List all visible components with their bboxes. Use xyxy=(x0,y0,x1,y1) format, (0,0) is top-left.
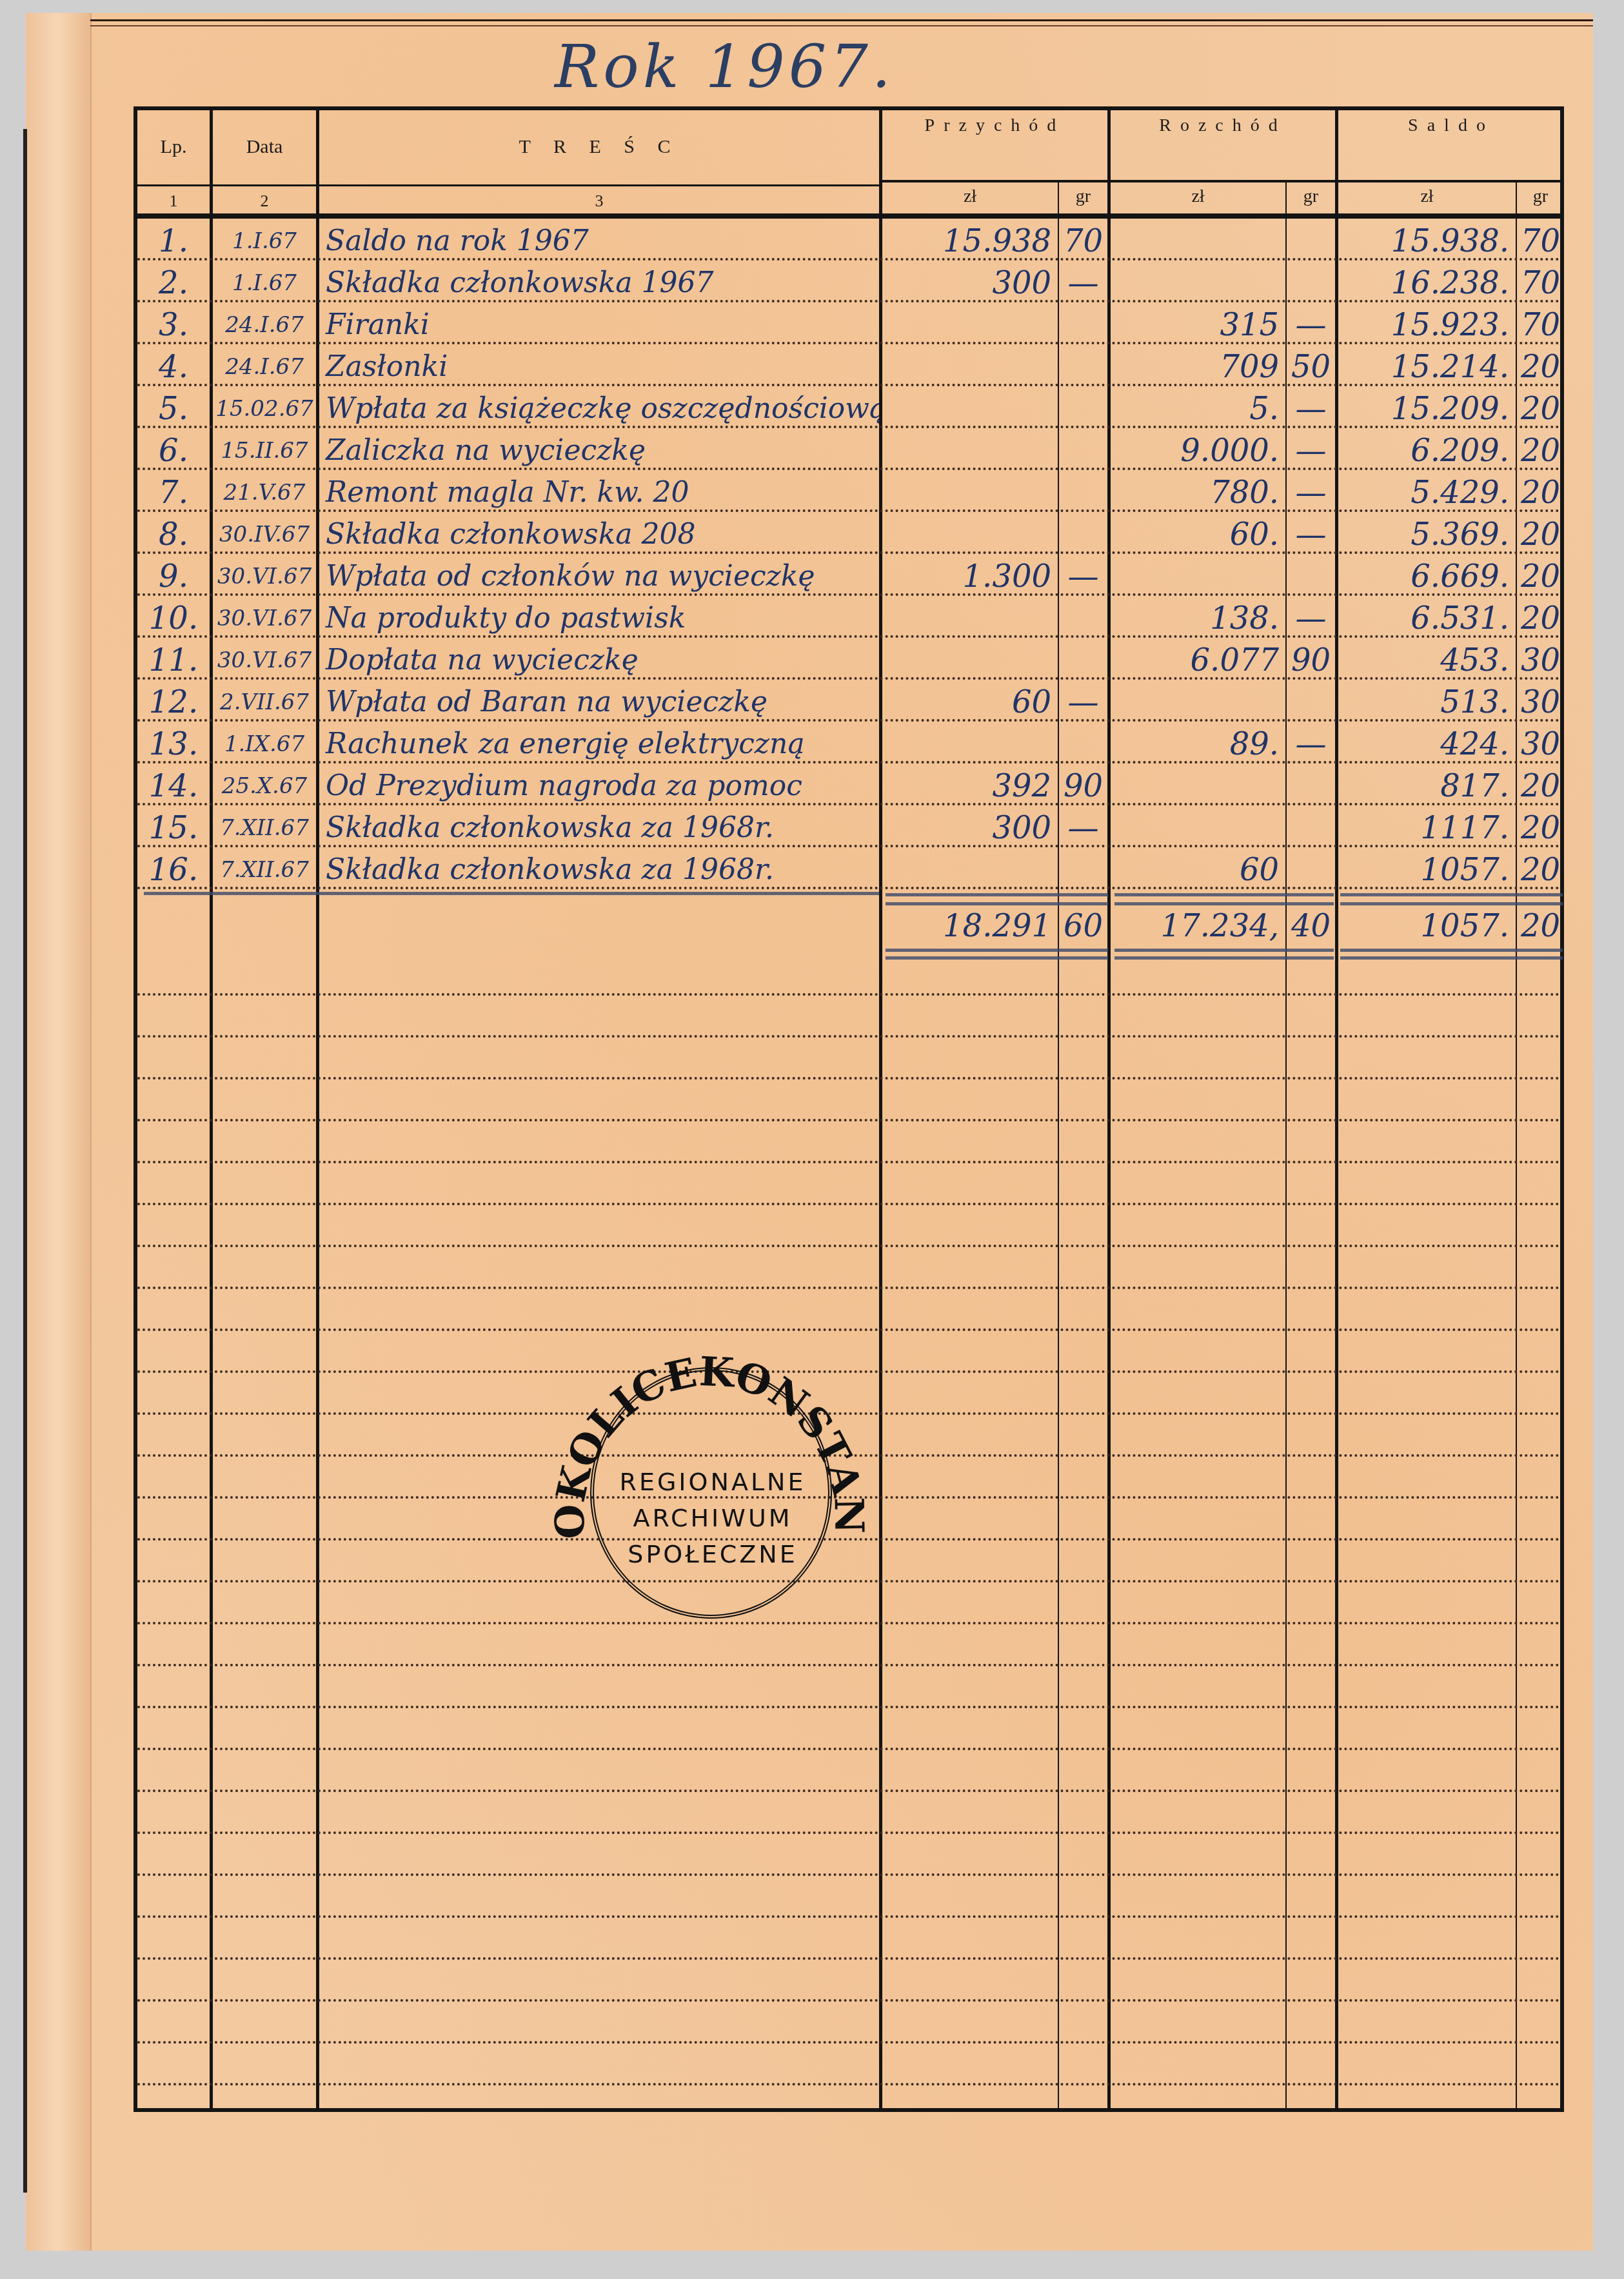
cell-out-gr: 90 xyxy=(1287,642,1335,679)
cell-lp: 1. xyxy=(137,222,210,260)
blank-row xyxy=(137,1960,1560,2002)
cell-lp: 11. xyxy=(137,642,210,679)
cell-bal-zl: 1117. xyxy=(1338,809,1516,847)
cell-bal-gr: 20 xyxy=(1517,767,1564,805)
header-subline-left xyxy=(137,184,879,186)
cell-out-gr xyxy=(1287,222,1335,260)
cell-lp: 5. xyxy=(137,390,210,428)
cell-lp: 3. xyxy=(137,306,210,344)
total-underline xyxy=(1340,893,1563,896)
cell-date: 24.I.67 xyxy=(213,306,316,344)
cell-in-gr: — xyxy=(1059,684,1107,721)
cell-in-gr xyxy=(1059,600,1107,637)
cell-in-gr: 90 xyxy=(1059,767,1107,805)
table-row: 14.25.X.67Od Prezydium nagroda za pomoc3… xyxy=(137,764,1560,805)
header-rozchod-gr: gr xyxy=(1287,186,1335,207)
cell-out-gr: — xyxy=(1287,390,1335,428)
cell-in-gr: 70 xyxy=(1059,222,1107,260)
cell-in-gr: — xyxy=(1059,264,1107,302)
cell-desc: Składka członkowska 208 xyxy=(319,516,879,553)
cell-bal-gr: 20 xyxy=(1517,809,1564,847)
cell-bal-gr: 20 xyxy=(1517,432,1564,469)
cell-bal-zl: 15.923. xyxy=(1338,306,1516,344)
total-underline xyxy=(1114,893,1334,896)
col-number-2: 2 xyxy=(213,192,316,211)
total-in-zl: 18.291 xyxy=(882,907,1058,945)
cell-out-zl: 60 xyxy=(1111,851,1285,889)
cell-in-zl xyxy=(882,432,1058,469)
blank-row xyxy=(137,1163,1560,1205)
table-row: 11.30.VI.67Dopłata na wycieczkę6.0779045… xyxy=(137,638,1560,680)
cell-desc: Zasłonki xyxy=(319,348,879,386)
cell-lp: 6. xyxy=(137,432,210,469)
table-row: 10.30.VI.67Na produkty do pastwisk138.—6… xyxy=(137,596,1560,638)
cell-bal-gr: 20 xyxy=(1517,600,1564,637)
header-saldo-gr: gr xyxy=(1517,186,1564,207)
cell-desc: Wpłata za książeczkę oszczędnościową xyxy=(319,390,879,428)
cell-bal-gr: 20 xyxy=(1517,348,1564,386)
blank-row xyxy=(137,2044,1560,2086)
cell-out-zl: 9.000. xyxy=(1111,432,1285,469)
cell-date: 21.V.67 xyxy=(213,474,316,511)
blank-row xyxy=(137,1792,1560,1834)
cell-date: 24.I.67 xyxy=(213,348,316,386)
cell-out-zl xyxy=(1111,222,1285,260)
cell-in-zl: 392 xyxy=(882,767,1058,805)
cell-out-zl: 315 xyxy=(1111,306,1285,344)
cell-out-gr xyxy=(1287,809,1335,847)
blank-row xyxy=(137,1121,1560,1163)
stamp-line-1: REGIONALNE xyxy=(593,1464,832,1500)
cell-bal-zl: 6.531. xyxy=(1338,600,1516,637)
cell-desc: Na produkty do pastwisk xyxy=(319,600,879,637)
total-bal-zl: 1057. xyxy=(1338,907,1516,945)
total-underline xyxy=(1114,956,1334,960)
cell-date: 15.02.67 xyxy=(213,390,316,428)
blank-row xyxy=(137,996,1560,1038)
blank-row xyxy=(137,1247,1560,1289)
cell-lp: 13. xyxy=(137,725,210,763)
cell-desc: Wpłata od Baran na wycieczkę xyxy=(319,684,879,721)
binding-edge xyxy=(23,129,27,2193)
cell-in-zl xyxy=(882,474,1058,511)
cell-bal-zl: 15.938. xyxy=(1338,222,1516,260)
table-row: 13.1.IX.67Rachunek za energię elektryczn… xyxy=(137,722,1560,764)
cell-in-gr xyxy=(1059,516,1107,553)
cell-bal-zl: 6.209. xyxy=(1338,432,1516,469)
table-row: 8.30.IV.67Składka członkowska 20860.—5.3… xyxy=(137,512,1560,554)
cell-in-gr xyxy=(1059,725,1107,763)
cell-bal-zl: 453. xyxy=(1338,642,1516,679)
blank-row xyxy=(137,1750,1560,1792)
cell-bal-gr: 70 xyxy=(1517,306,1564,344)
total-bal-gr: 20 xyxy=(1517,907,1564,945)
cell-lp: 4. xyxy=(137,348,210,386)
blank-row xyxy=(137,1918,1560,1960)
header-rozchod-zl: zł xyxy=(1111,186,1285,207)
page-title: Rok 1967. xyxy=(555,32,895,101)
book-binding xyxy=(26,13,92,2251)
cell-lp: 8. xyxy=(137,516,210,553)
cell-in-gr xyxy=(1059,851,1107,889)
archive-stamp: OKOLICEKONSTANCINA.PL REGIONALNE ARCHIWU… xyxy=(529,1316,877,1625)
cell-in-zl xyxy=(882,851,1058,889)
cell-desc: Składka członkowska za 1968r. xyxy=(319,809,879,847)
header-przychod-gr: gr xyxy=(1059,186,1107,207)
total-out-gr: 40 xyxy=(1287,907,1335,945)
table-row: 2.1.I.67Składka członkowska 1967300—16.2… xyxy=(137,261,1560,302)
cell-in-gr xyxy=(1059,474,1107,511)
cell-out-gr: — xyxy=(1287,306,1335,344)
header-tresc: T R E Ś C xyxy=(319,136,879,158)
cell-lp: 10. xyxy=(137,600,210,637)
cell-bal-gr: 70 xyxy=(1517,264,1564,302)
cell-bal-zl: 16.238. xyxy=(1338,264,1516,302)
table-row: 7.21.V.67Remont magla Nr. kw. 20780.—5.4… xyxy=(137,470,1560,512)
total-underline xyxy=(1114,949,1334,952)
cell-bal-zl: 6.669. xyxy=(1338,558,1516,595)
blank-row xyxy=(137,954,1560,996)
cell-desc: Składka członkowska 1967 xyxy=(319,264,879,302)
cell-bal-gr: 20 xyxy=(1517,851,1564,889)
cell-out-gr xyxy=(1287,558,1335,595)
cell-in-gr xyxy=(1059,642,1107,679)
cell-in-zl xyxy=(882,516,1058,553)
cell-bal-gr: 20 xyxy=(1517,516,1564,553)
table-row: 5.15.02.67Wpłata za książeczkę oszczędno… xyxy=(137,386,1560,428)
cell-out-gr xyxy=(1287,684,1335,721)
cell-date: 1.I.67 xyxy=(213,222,316,260)
col-number-3: 3 xyxy=(319,192,879,211)
cell-desc: Wpłata od członków na wycieczkę xyxy=(319,558,879,595)
total-underline xyxy=(1114,902,1334,905)
header-saldo-zl: zł xyxy=(1338,186,1516,207)
total-underline xyxy=(1340,949,1563,952)
cell-desc: Składka członkowska za 1968r. xyxy=(319,851,879,889)
cell-in-zl xyxy=(882,600,1058,637)
header-przychod: Przychód xyxy=(882,115,1107,136)
cell-bal-gr: 30 xyxy=(1517,725,1564,763)
header-data: Data xyxy=(213,136,316,158)
cell-out-zl: 5. xyxy=(1111,390,1285,428)
table-row: 12.2.VII.67Wpłata od Baran na wycieczkę6… xyxy=(137,680,1560,722)
header-przychod-zl: zł xyxy=(882,186,1058,207)
cell-desc: Firanki xyxy=(319,306,879,344)
blank-row xyxy=(137,1876,1560,1918)
cell-out-gr: — xyxy=(1287,432,1335,469)
cell-in-zl xyxy=(882,348,1058,386)
cell-out-gr: — xyxy=(1287,725,1335,763)
cell-bal-gr: 20 xyxy=(1517,558,1564,595)
blank-row xyxy=(137,1080,1560,1121)
cell-in-zl: 300 xyxy=(882,809,1058,847)
total-underline xyxy=(886,949,1108,952)
entries-end-rule xyxy=(144,892,879,895)
blank-row xyxy=(137,1624,1560,1666)
cell-in-gr xyxy=(1059,306,1107,344)
cell-out-zl xyxy=(1111,809,1285,847)
cell-date: 30.VI.67 xyxy=(213,600,316,637)
blank-row xyxy=(137,1038,1560,1080)
cell-out-gr: 50 xyxy=(1287,348,1335,386)
cell-in-zl: 1.300 xyxy=(882,558,1058,595)
cell-date: 15.II.67 xyxy=(213,432,316,469)
cell-lp: 16. xyxy=(137,851,210,889)
cell-in-zl xyxy=(882,725,1058,763)
total-out-zl: 17.234, xyxy=(1111,907,1285,945)
cell-desc: Saldo na rok 1967 xyxy=(319,222,879,260)
header-lp: Lp. xyxy=(137,136,210,158)
cell-out-zl xyxy=(1111,684,1285,721)
cell-desc: Zaliczka na wycieczkę xyxy=(319,432,879,469)
cell-out-zl: 89. xyxy=(1111,725,1285,763)
cell-date: 1.I.67 xyxy=(213,264,316,302)
cell-lp: 2. xyxy=(137,264,210,302)
stamp-line-2: ARCHIWUM xyxy=(593,1500,832,1536)
total-underline xyxy=(886,902,1108,905)
cell-out-zl: 709 xyxy=(1111,348,1285,386)
cell-desc: Od Prezydium nagroda za pomoc xyxy=(319,767,879,805)
cell-in-gr xyxy=(1059,432,1107,469)
cell-bal-zl: 15.214. xyxy=(1338,348,1516,386)
total-in-gr: 60 xyxy=(1059,907,1107,945)
header-saldo: Saldo xyxy=(1338,115,1564,136)
cell-date: 7.XII.67 xyxy=(213,809,316,847)
table-row: 9.30.VI.67Wpłata od członków na wycieczk… xyxy=(137,554,1560,596)
cell-out-gr xyxy=(1287,851,1335,889)
cell-bal-zl: 1057. xyxy=(1338,851,1516,889)
cell-date: 2.VII.67 xyxy=(213,684,316,721)
header-subline xyxy=(879,180,1564,183)
header-bottom-rule xyxy=(137,213,1564,219)
cell-out-gr: — xyxy=(1287,474,1335,511)
cell-out-zl xyxy=(1111,558,1285,595)
table-row: 1.1.I.67Saldo na rok 196715.9387015.938.… xyxy=(137,219,1560,261)
cell-desc: Dopłata na wycieczkę xyxy=(319,642,879,679)
cell-in-zl: 15.938 xyxy=(882,222,1058,260)
cell-date: 30.IV.67 xyxy=(213,516,316,553)
cell-in-gr: — xyxy=(1059,809,1107,847)
total-underline xyxy=(886,956,1108,960)
col-number-1: 1 xyxy=(137,192,210,211)
cell-out-zl: 138. xyxy=(1111,600,1285,637)
cell-lp: 15. xyxy=(137,809,210,847)
cell-lp: 12. xyxy=(137,684,210,721)
cell-out-zl: 780. xyxy=(1111,474,1285,511)
header-rozchod: Rozchód xyxy=(1111,115,1335,136)
cell-in-zl xyxy=(882,390,1058,428)
blank-row xyxy=(137,1205,1560,1247)
page-top-rule xyxy=(90,19,1593,26)
blank-row xyxy=(137,1666,1560,1708)
cell-bal-zl: 15.209. xyxy=(1338,390,1516,428)
cell-out-gr xyxy=(1287,767,1335,805)
cell-out-zl xyxy=(1111,767,1285,805)
cell-out-gr: — xyxy=(1287,516,1335,553)
cell-in-gr xyxy=(1059,390,1107,428)
cell-bal-zl: 817. xyxy=(1338,767,1516,805)
cell-out-zl: 60. xyxy=(1111,516,1285,553)
ledger-table: Lp. Data T R E Ś C Przychód Rozchód Sald… xyxy=(134,106,1564,2112)
blank-row xyxy=(137,2002,1560,2044)
cell-bal-gr: 70 xyxy=(1517,222,1564,260)
table-row: 15.7.XII.67Składka członkowska za 1968r.… xyxy=(137,805,1560,847)
cell-date: 30.VI.67 xyxy=(213,558,316,595)
table-row: 3.24.I.67Firanki315—15.923.70 xyxy=(137,302,1560,344)
table-row: 4.24.I.67Zasłonki7095015.214.20 xyxy=(137,344,1560,386)
cell-out-gr: — xyxy=(1287,600,1335,637)
cell-out-zl xyxy=(1111,264,1285,302)
cell-bal-zl: 513. xyxy=(1338,684,1516,721)
cell-bal-gr: 20 xyxy=(1517,474,1564,511)
cell-bal-zl: 5.429. xyxy=(1338,474,1516,511)
totals-row: 18.2916017.234,401057.20 xyxy=(137,889,1560,954)
cell-desc: Rachunek za energię elektryczną xyxy=(319,725,879,763)
cell-date: 7.XII.67 xyxy=(213,851,316,889)
cell-lp: 9. xyxy=(137,558,210,595)
table-row: 16.7.XII.67Składka członkowska za 1968r.… xyxy=(137,847,1560,889)
cell-bal-zl: 424. xyxy=(1338,725,1516,763)
cell-lp: 7. xyxy=(137,474,210,511)
cell-bal-gr: 20 xyxy=(1517,390,1564,428)
total-underline xyxy=(886,893,1108,896)
cell-date: 30.VI.67 xyxy=(213,642,316,679)
cell-in-zl xyxy=(882,306,1058,344)
cell-bal-gr: 30 xyxy=(1517,642,1564,679)
cell-in-zl: 300 xyxy=(882,264,1058,302)
total-underline xyxy=(1340,956,1563,960)
table-row: 6.15.II.67Zaliczka na wycieczkę9.000.—6.… xyxy=(137,428,1560,470)
cell-bal-gr: 30 xyxy=(1517,684,1564,721)
cell-date: 1.IX.67 xyxy=(213,725,316,763)
cell-in-zl xyxy=(882,642,1058,679)
total-underline xyxy=(1340,902,1563,905)
cell-desc: Remont magla Nr. kw. 20 xyxy=(319,474,879,511)
blank-row xyxy=(137,1834,1560,1876)
cell-date: 25.X.67 xyxy=(213,767,316,805)
blank-row xyxy=(137,1708,1560,1750)
cell-in-gr: — xyxy=(1059,558,1107,595)
cell-bal-zl: 5.369. xyxy=(1338,516,1516,553)
cell-in-zl: 60 xyxy=(882,684,1058,721)
cell-in-gr xyxy=(1059,348,1107,386)
cell-out-gr xyxy=(1287,264,1335,302)
stamp-line-3: SPOŁECZNE xyxy=(593,1536,832,1572)
cell-out-zl: 6.077 xyxy=(1111,642,1285,679)
cell-lp: 14. xyxy=(137,767,210,805)
